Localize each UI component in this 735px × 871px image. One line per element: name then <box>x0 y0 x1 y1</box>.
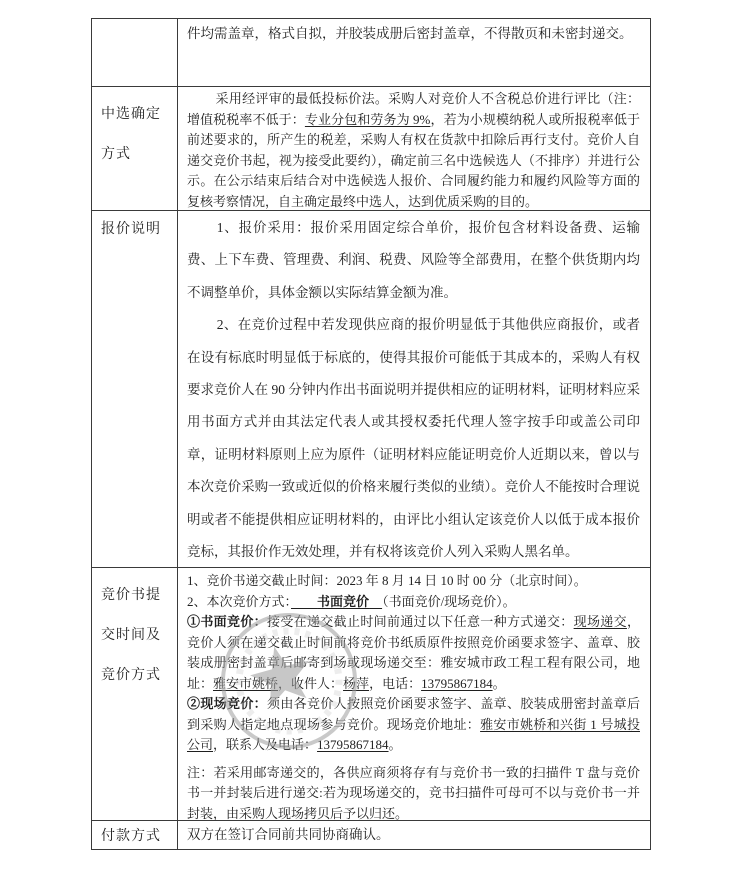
text-segment: 现场递交 <box>574 614 627 629</box>
paragraph: 2、本次竞价方式： 书面竞价 （书面竞价/现场竞价）。 <box>187 592 640 613</box>
text-segment: 13795867184 <box>421 676 493 691</box>
row-content-payment-method: 双方在签订合同前共同协商确认。 <box>178 821 650 849</box>
text-segment: ，电话： <box>369 676 421 691</box>
text-segment: 。 <box>389 737 402 752</box>
row-header-payment-method: 付款方式 <box>92 821 178 849</box>
text-segment: ①书面竞价： <box>187 614 267 629</box>
paragraph: 1、竞价书递交截止时间：2023 年 8 月 14 日 10 时 00 分（北京… <box>187 571 640 592</box>
text-segment: 13795867184 <box>317 737 389 752</box>
table-row-submission-time-method: 竞价书提交时间及竞价方式 1、竞价书递交截止时间：2023 年 8 月 14 日… <box>92 568 650 821</box>
row-content-quotation-notes: 1、报价采用：报价采用固定综合单价，报价包含材料设备费、运输费、上下车费、管理费… <box>178 211 650 567</box>
row-header-selection-method: 中选确定方式 <box>92 87 178 210</box>
table-row-selection-method: 中选确定方式 采用经评审的最低投标价法。采购人对竞价人不含税总价进行评比（注：增… <box>92 87 650 211</box>
text-segment <box>369 594 382 609</box>
paragraph: 双方在签订合同前共同协商确认。 <box>187 824 640 846</box>
row-header-empty <box>92 19 178 86</box>
row-content-selection-method: 采用经评审的最低投标价法。采购人对竞价人不含税总价进行评比（注：增值税税率不低于… <box>178 87 650 210</box>
text-segment: 杨萍 <box>343 676 369 691</box>
procurement-terms-table: 件均需盖章，格式自拟，并胶装成册后密封盖章，不得散页和未密封递交。 中选确定方式… <box>91 18 651 850</box>
paragraph: ①书面竞价：接受在递交截止时间前通过以下任意一种方式递交：现场递交，竞价人须在递… <box>187 612 640 694</box>
row-content-submission-time-method: 1、竞价书递交截止时间：2023 年 8 月 14 日 10 时 00 分（北京… <box>178 568 650 820</box>
text-segment: 1、报价采用：报价采用固定综合单价，报价包含材料设备费、运输费、上下车费、管理费… <box>187 220 640 300</box>
text-segment: 注：若采用邮寄递交的，各供应商须将存有与竞价书一致的扫描件 T 盘与竞价书一并封… <box>187 765 640 821</box>
paragraph: 件均需盖章，格式自拟，并胶装成册后密封盖章，不得散页和未密封递交。 <box>187 23 640 44</box>
paragraph: 采用经评审的最低投标价法。采购人对竞价人不含税总价进行评比（注：增值税税率不低于… <box>187 89 640 210</box>
table-row-continuation: 件均需盖章，格式自拟，并胶装成册后密封盖章，不得散页和未密封递交。 <box>92 19 650 87</box>
table-row-payment-method: 付款方式 双方在签订合同前共同协商确认。 <box>92 821 650 849</box>
text-segment: 雅安市姚桥 <box>213 676 278 691</box>
text-segment <box>291 594 317 609</box>
text-segment: 2、在竞价过程中若发现供应商的报价明显低于其他供应商报价，或者在设有标底时明显低… <box>187 317 640 559</box>
text-segment: 接受在递交截止时间前通过以下任意一种方式递交： <box>267 614 574 629</box>
paragraph: 1、报价采用：报价采用固定综合单价，报价包含材料设备费、运输费、上下车费、管理费… <box>187 212 640 309</box>
text-segment: 2、本次竞价方式： <box>187 594 291 609</box>
text-segment: ②现场竞价： <box>187 696 267 711</box>
row-header-quotation-notes: 报价说明 <box>92 211 178 567</box>
paragraph: ②现场竞价：须由各竞价人按照竞价函要求签字、盖章、胶装成册密封盖章后到采购人指定… <box>187 694 640 756</box>
paragraph: 2、在竞价过程中若发现供应商的报价明显低于其他供应商报价，或者在设有标底时明显低… <box>187 309 640 567</box>
text-segment: 件均需盖章，格式自拟，并胶装成册后密封盖章，不得散页和未密封递交。 <box>187 26 633 41</box>
text-segment: （书面竞价/现场竞价）。 <box>382 594 516 609</box>
table-row-quotation-notes: 报价说明 1、报价采用：报价采用固定综合单价，报价包含材料设备费、运输费、上下车… <box>92 211 650 568</box>
document-page: 件均需盖章，格式自拟，并胶装成册后密封盖章，不得散页和未密封递交。 中选确定方式… <box>0 0 735 871</box>
row-header-submission-time-method: 竞价书提交时间及竞价方式 <box>92 568 178 820</box>
text-segment: 。 <box>493 676 506 691</box>
text-segment: ，收件人： <box>278 676 343 691</box>
text-segment: 专业分包和劳务为 9% <box>305 112 430 127</box>
text-segment: 双方在签订合同前共同协商确认。 <box>187 827 390 842</box>
text-segment: 书面竞价 <box>317 594 369 609</box>
row-content-continuation: 件均需盖章，格式自拟，并胶装成册后密封盖章，不得散页和未密封递交。 <box>178 19 650 86</box>
text-segment: ，联系人及电话： <box>213 737 317 752</box>
text-segment: 1、竞价书递交截止时间：2023 年 8 月 14 日 10 时 00 分（北京… <box>187 573 587 588</box>
paragraph: 注：若采用邮寄递交的，各供应商须将存有与竞价书一致的扫描件 T 盘与竞价书一并封… <box>187 763 640 821</box>
